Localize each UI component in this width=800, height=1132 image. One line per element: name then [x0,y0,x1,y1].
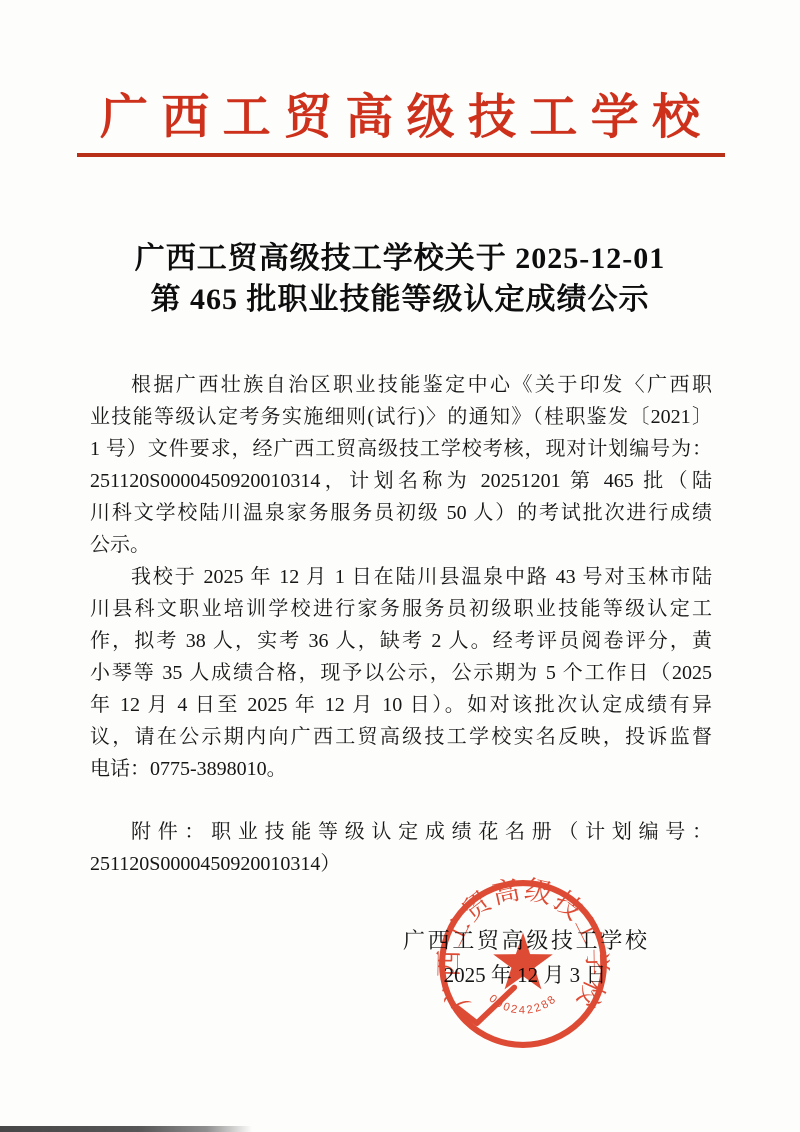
text-line: 业技能等级认定考务实施细则(试行)〉的通知》（桂职鉴发〔2021〕 [90,401,712,433]
text-line: 议，请在公示期内向广西工贸高级技工学校实名反映，投诉监督 [90,721,712,753]
text-line: 小琴等 35 人成绩合格，现予以公示，公示期为 5 个工作日（2025 [90,657,712,689]
text-line: 附件：职业技能等级认定成绩花名册（计划编号： [90,816,712,848]
text-line: 电话：0775-3898010。 [90,753,712,785]
paragraph-results: 我校于 2025 年 12 月 1 日在陆川县温泉中路 43 号对玉林市陆川县科… [90,561,712,785]
notice-title: 广西工贸高级技工学校关于 2025-12-01 第 465 批职业技能等级认定成… [0,238,800,320]
text-line: 公示。 [90,529,712,561]
seal-checkmark [457,987,514,1023]
paragraph-basis: 根据广西壮族自治区职业技能鉴定中心《关于印发〈广西职业技能等级认定考务实施细则(… [90,369,712,561]
text-line: 251120S0000450920010314，计划名称为 20251201 第… [90,465,712,497]
letterhead-school-name: 广西工贸高级技工学校 [100,86,700,150]
text-line: 作，拟考 38 人，实考 36 人，缺考 2 人。经考评员阅卷评分，黄 [90,625,712,657]
letterhead-rule [77,153,725,157]
text-line: 我校于 2025 年 12 月 1 日在陆川县温泉中路 43 号对玉林市陆 [90,561,712,593]
notice-title-line1: 广西工贸高级技工学校关于 2025-12-01 [0,238,800,279]
text-line: 1 号）文件要求，经广西工贸高级技工学校考核，现对计划编号为： [90,433,712,465]
text-line: 川科文学校陆川温泉家务服务员初级 50 人）的考试批次进行成绩 [90,497,712,529]
notice-title-line2: 第 465 批职业技能等级认定成绩公示 [0,279,800,320]
attachment-note: 附件：职业技能等级认定成绩花名册（计划编号：251120S00004509200… [90,816,712,880]
signature-school-name: 广西工贸高级技工学校 [403,926,647,956]
text-line: 川县科文职业培训学校进行家务服务员初级职业技能等级认定工 [90,593,712,625]
text-line: 年 12 月 4 日至 2025 年 12 月 10 日）。如对该批次认定成绩有… [90,689,712,721]
text-line: 251120S0000450920010314） [90,848,712,880]
signature-date: 2025 年 12 月 3 日 [403,960,647,990]
text-line: 根据广西壮族自治区职业技能鉴定中心《关于印发〈广西职 [90,369,712,401]
scan-artifact [0,1126,252,1132]
notice-body: 根据广西壮族自治区职业技能鉴定中心《关于印发〈广西职业技能等级认定考务实施细则(… [90,369,712,880]
document-page: 广西工贸高级技工学校 广西工贸高级技工学校关于 2025-12-01 第 465… [0,0,800,1132]
